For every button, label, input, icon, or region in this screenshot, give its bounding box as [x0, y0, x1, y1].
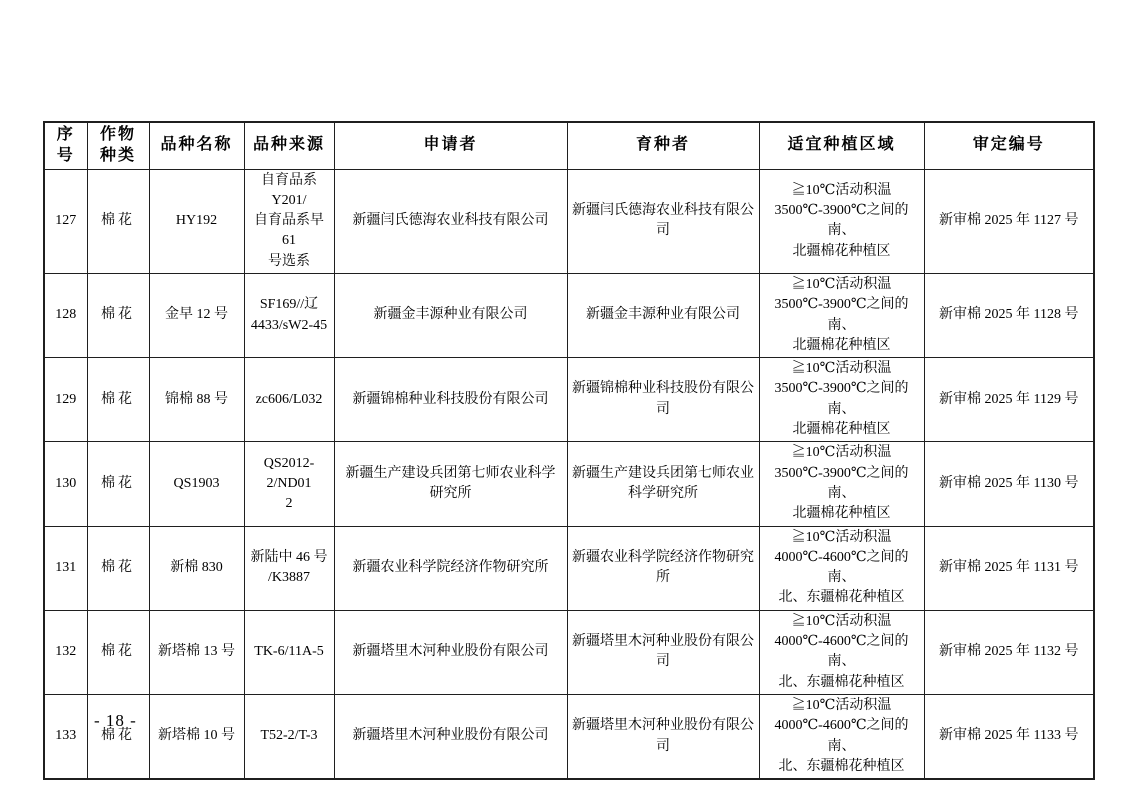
cell-breeder: 新疆锦棉种业科技股份有限公 司 — [567, 358, 759, 442]
cell-planting-region: ≧10℃活动积温 3500℃-3900℃之间的南、 北疆棉花种植区 — [759, 358, 924, 442]
cell-crop-type: 棉花 — [87, 526, 149, 610]
cell-breeder: 新疆农业科学院经济作物研究 所 — [567, 526, 759, 610]
cell-variety-name: 锦棉 88 号 — [149, 358, 244, 442]
cell-variety-source: 自育品系 Y201/ 自育品系早 61 号选系 — [244, 169, 334, 273]
table-row: 132 棉花 新塔棉 13 号 TK-6/11A-5 新疆塔里木河种业股份有限公… — [44, 610, 1094, 694]
cell-applicant: 新疆闫氏德海农业科技有限公司 — [334, 169, 567, 273]
cell-variety-name: 金早 12 号 — [149, 273, 244, 357]
cell-variety-source: T52-2/T-3 — [244, 694, 334, 779]
document-page: 序号 作物 种类 品种名称 品种来源 申请者 育种者 适宜种植区域 审定编号 1… — [0, 0, 1122, 793]
cell-variety-source: zc606/L032 — [244, 358, 334, 442]
cell-applicant: 新疆塔里木河种业股份有限公司 — [334, 694, 567, 779]
cell-breeder: 新疆塔里木河种业股份有限公 司 — [567, 610, 759, 694]
cell-planting-region: ≧10℃活动积温 3500℃-3900℃之间的南、 北疆棉花种植区 — [759, 273, 924, 357]
cell-applicant: 新疆生产建设兵团第七师农业科学 研究所 — [334, 442, 567, 526]
cell-applicant: 新疆农业科学院经济作物研究所 — [334, 526, 567, 610]
cell-no: 132 — [44, 610, 87, 694]
cell-no: 131 — [44, 526, 87, 610]
cell-crop-type: 棉花 — [87, 442, 149, 526]
header-applicant: 申请者 — [334, 122, 567, 169]
cell-approval-number: 新审棉 2025 年 1131 号 — [924, 526, 1094, 610]
header-crop-type: 作物 种类 — [87, 122, 149, 169]
header-planting-region: 适宜种植区域 — [759, 122, 924, 169]
cell-applicant: 新疆塔里木河种业股份有限公司 — [334, 610, 567, 694]
header-approval-number: 审定编号 — [924, 122, 1094, 169]
cell-crop-type: 棉花 — [87, 610, 149, 694]
table-header-row: 序号 作物 种类 品种名称 品种来源 申请者 育种者 适宜种植区域 审定编号 — [44, 122, 1094, 169]
cell-breeder: 新疆塔里木河种业股份有限公 司 — [567, 694, 759, 779]
header-breeder: 育种者 — [567, 122, 759, 169]
cell-no: 129 — [44, 358, 87, 442]
cell-variety-name: 新塔棉 10 号 — [149, 694, 244, 779]
cell-variety-name: 新塔棉 13 号 — [149, 610, 244, 694]
cell-variety-name: QS1903 — [149, 442, 244, 526]
cell-variety-source: SF169//辽 4433/sW2-45 — [244, 273, 334, 357]
cell-variety-name: 新棉 830 — [149, 526, 244, 610]
cell-breeder: 新疆金丰源种业有限公司 — [567, 273, 759, 357]
cell-no: 127 — [44, 169, 87, 273]
cell-planting-region: ≧10℃活动积温 3500℃-3900℃之间的南、 北疆棉花种植区 — [759, 442, 924, 526]
table-row: 131 棉花 新棉 830 新陆中 46 号 /K3887 新疆农业科学院经济作… — [44, 526, 1094, 610]
cell-variety-source: QS2012-2/ND01 2 — [244, 442, 334, 526]
header-variety-name: 品种名称 — [149, 122, 244, 169]
cell-approval-number: 新审棉 2025 年 1132 号 — [924, 610, 1094, 694]
cell-breeder: 新疆闫氏德海农业科技有限公 司 — [567, 169, 759, 273]
table-row: 129 棉花 锦棉 88 号 zc606/L032 新疆锦棉种业科技股份有限公司… — [44, 358, 1094, 442]
table-row: 128 棉花 金早 12 号 SF169//辽 4433/sW2-45 新疆金丰… — [44, 273, 1094, 357]
cell-planting-region: ≧10℃活动积温 4000℃-4600℃之间的南、 北、东疆棉花种植区 — [759, 694, 924, 779]
cell-variety-name: HY192 — [149, 169, 244, 273]
cell-variety-source: TK-6/11A-5 — [244, 610, 334, 694]
table-row: 130 棉花 QS1903 QS2012-2/ND01 2 新疆生产建设兵团第七… — [44, 442, 1094, 526]
cell-approval-number: 新审棉 2025 年 1127 号 — [924, 169, 1094, 273]
cell-crop-type: 棉花 — [87, 273, 149, 357]
cell-approval-number: 新审棉 2025 年 1133 号 — [924, 694, 1094, 779]
cell-approval-number: 新审棉 2025 年 1130 号 — [924, 442, 1094, 526]
cell-planting-region: ≧10℃活动积温 4000℃-4600℃之间的南、 北、东疆棉花种植区 — [759, 610, 924, 694]
cell-planting-region: ≧10℃活动积温 3500℃-3900℃之间的南、 北疆棉花种植区 — [759, 169, 924, 273]
header-variety-source: 品种来源 — [244, 122, 334, 169]
cell-no: 133 — [44, 694, 87, 779]
cell-breeder: 新疆生产建设兵团第七师农业 科学研究所 — [567, 442, 759, 526]
cell-variety-source: 新陆中 46 号 /K3887 — [244, 526, 334, 610]
header-no: 序号 — [44, 122, 87, 169]
table-row: 127 棉花 HY192 自育品系 Y201/ 自育品系早 61 号选系 新疆闫… — [44, 169, 1094, 273]
cell-applicant: 新疆金丰源种业有限公司 — [334, 273, 567, 357]
cell-no: 128 — [44, 273, 87, 357]
cell-planting-region: ≧10℃活动积温 4000℃-4600℃之间的南、 北、东疆棉花种植区 — [759, 526, 924, 610]
cell-crop-type: 棉花 — [87, 694, 149, 779]
page-number: - 18 - — [94, 711, 137, 731]
table-row: 133 棉花 新塔棉 10 号 T52-2/T-3 新疆塔里木河种业股份有限公司… — [44, 694, 1094, 779]
cell-crop-type: 棉花 — [87, 169, 149, 273]
cell-approval-number: 新审棉 2025 年 1128 号 — [924, 273, 1094, 357]
cell-applicant: 新疆锦棉种业科技股份有限公司 — [334, 358, 567, 442]
cell-no: 130 — [44, 442, 87, 526]
variety-approval-table: 序号 作物 种类 品种名称 品种来源 申请者 育种者 适宜种植区域 审定编号 1… — [43, 121, 1095, 780]
cell-approval-number: 新审棉 2025 年 1129 号 — [924, 358, 1094, 442]
cell-crop-type: 棉花 — [87, 358, 149, 442]
